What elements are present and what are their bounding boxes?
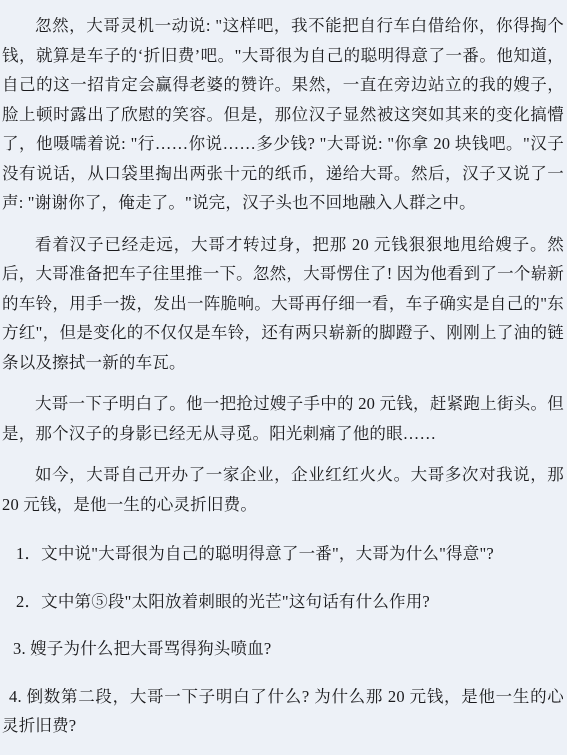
question-item-4: 4. 倒数第二段，大哥一下子明白了什么? 为什么那 20 元钱，是他一生的心灵折… <box>2 682 564 741</box>
question-item-3: 3. 嫂子为什么把大哥骂得狗头喷血? <box>2 634 564 664</box>
question-item-2: 2．文中第⑤段"太阳放着刺眼的光芒"这句话有什么作用? <box>2 587 564 617</box>
question-item-1: 1．文中说"大哥很为自己的聪明得意了一番"，大哥为什么"得意"? <box>2 539 564 569</box>
article-paragraph-2: 看着汉子已经走远，大哥才转过身，把那 20 元钱狠狠地甩给嫂子。然后，大哥准备把… <box>2 230 564 378</box>
document-page: 忽然，大哥灵机一动说: "这样吧，我不能把自行车白借给你，你得掏个钱，就算是车子… <box>0 0 567 755</box>
article-paragraph-1: 忽然，大哥灵机一动说: "这样吧，我不能把自行车白借给你，你得掏个钱，就算是车子… <box>2 11 564 218</box>
question-list: 1．文中说"大哥很为自己的聪明得意了一番"，大哥为什么"得意"? 2．文中第⑤段… <box>2 539 564 741</box>
article-paragraph-3: 大哥一下子明白了。他一把抢过嫂子手中的 20 元钱，赶紧跑上街头。但是，那个汉子… <box>2 389 564 448</box>
article-paragraph-4: 如今，大哥自己开办了一家企业，企业红红火火。大哥多次对我说，那 20 元钱，是他… <box>2 460 564 519</box>
article-body: 忽然，大哥灵机一动说: "这样吧，我不能把自行车白借给你，你得掏个钱，就算是车子… <box>2 11 564 519</box>
